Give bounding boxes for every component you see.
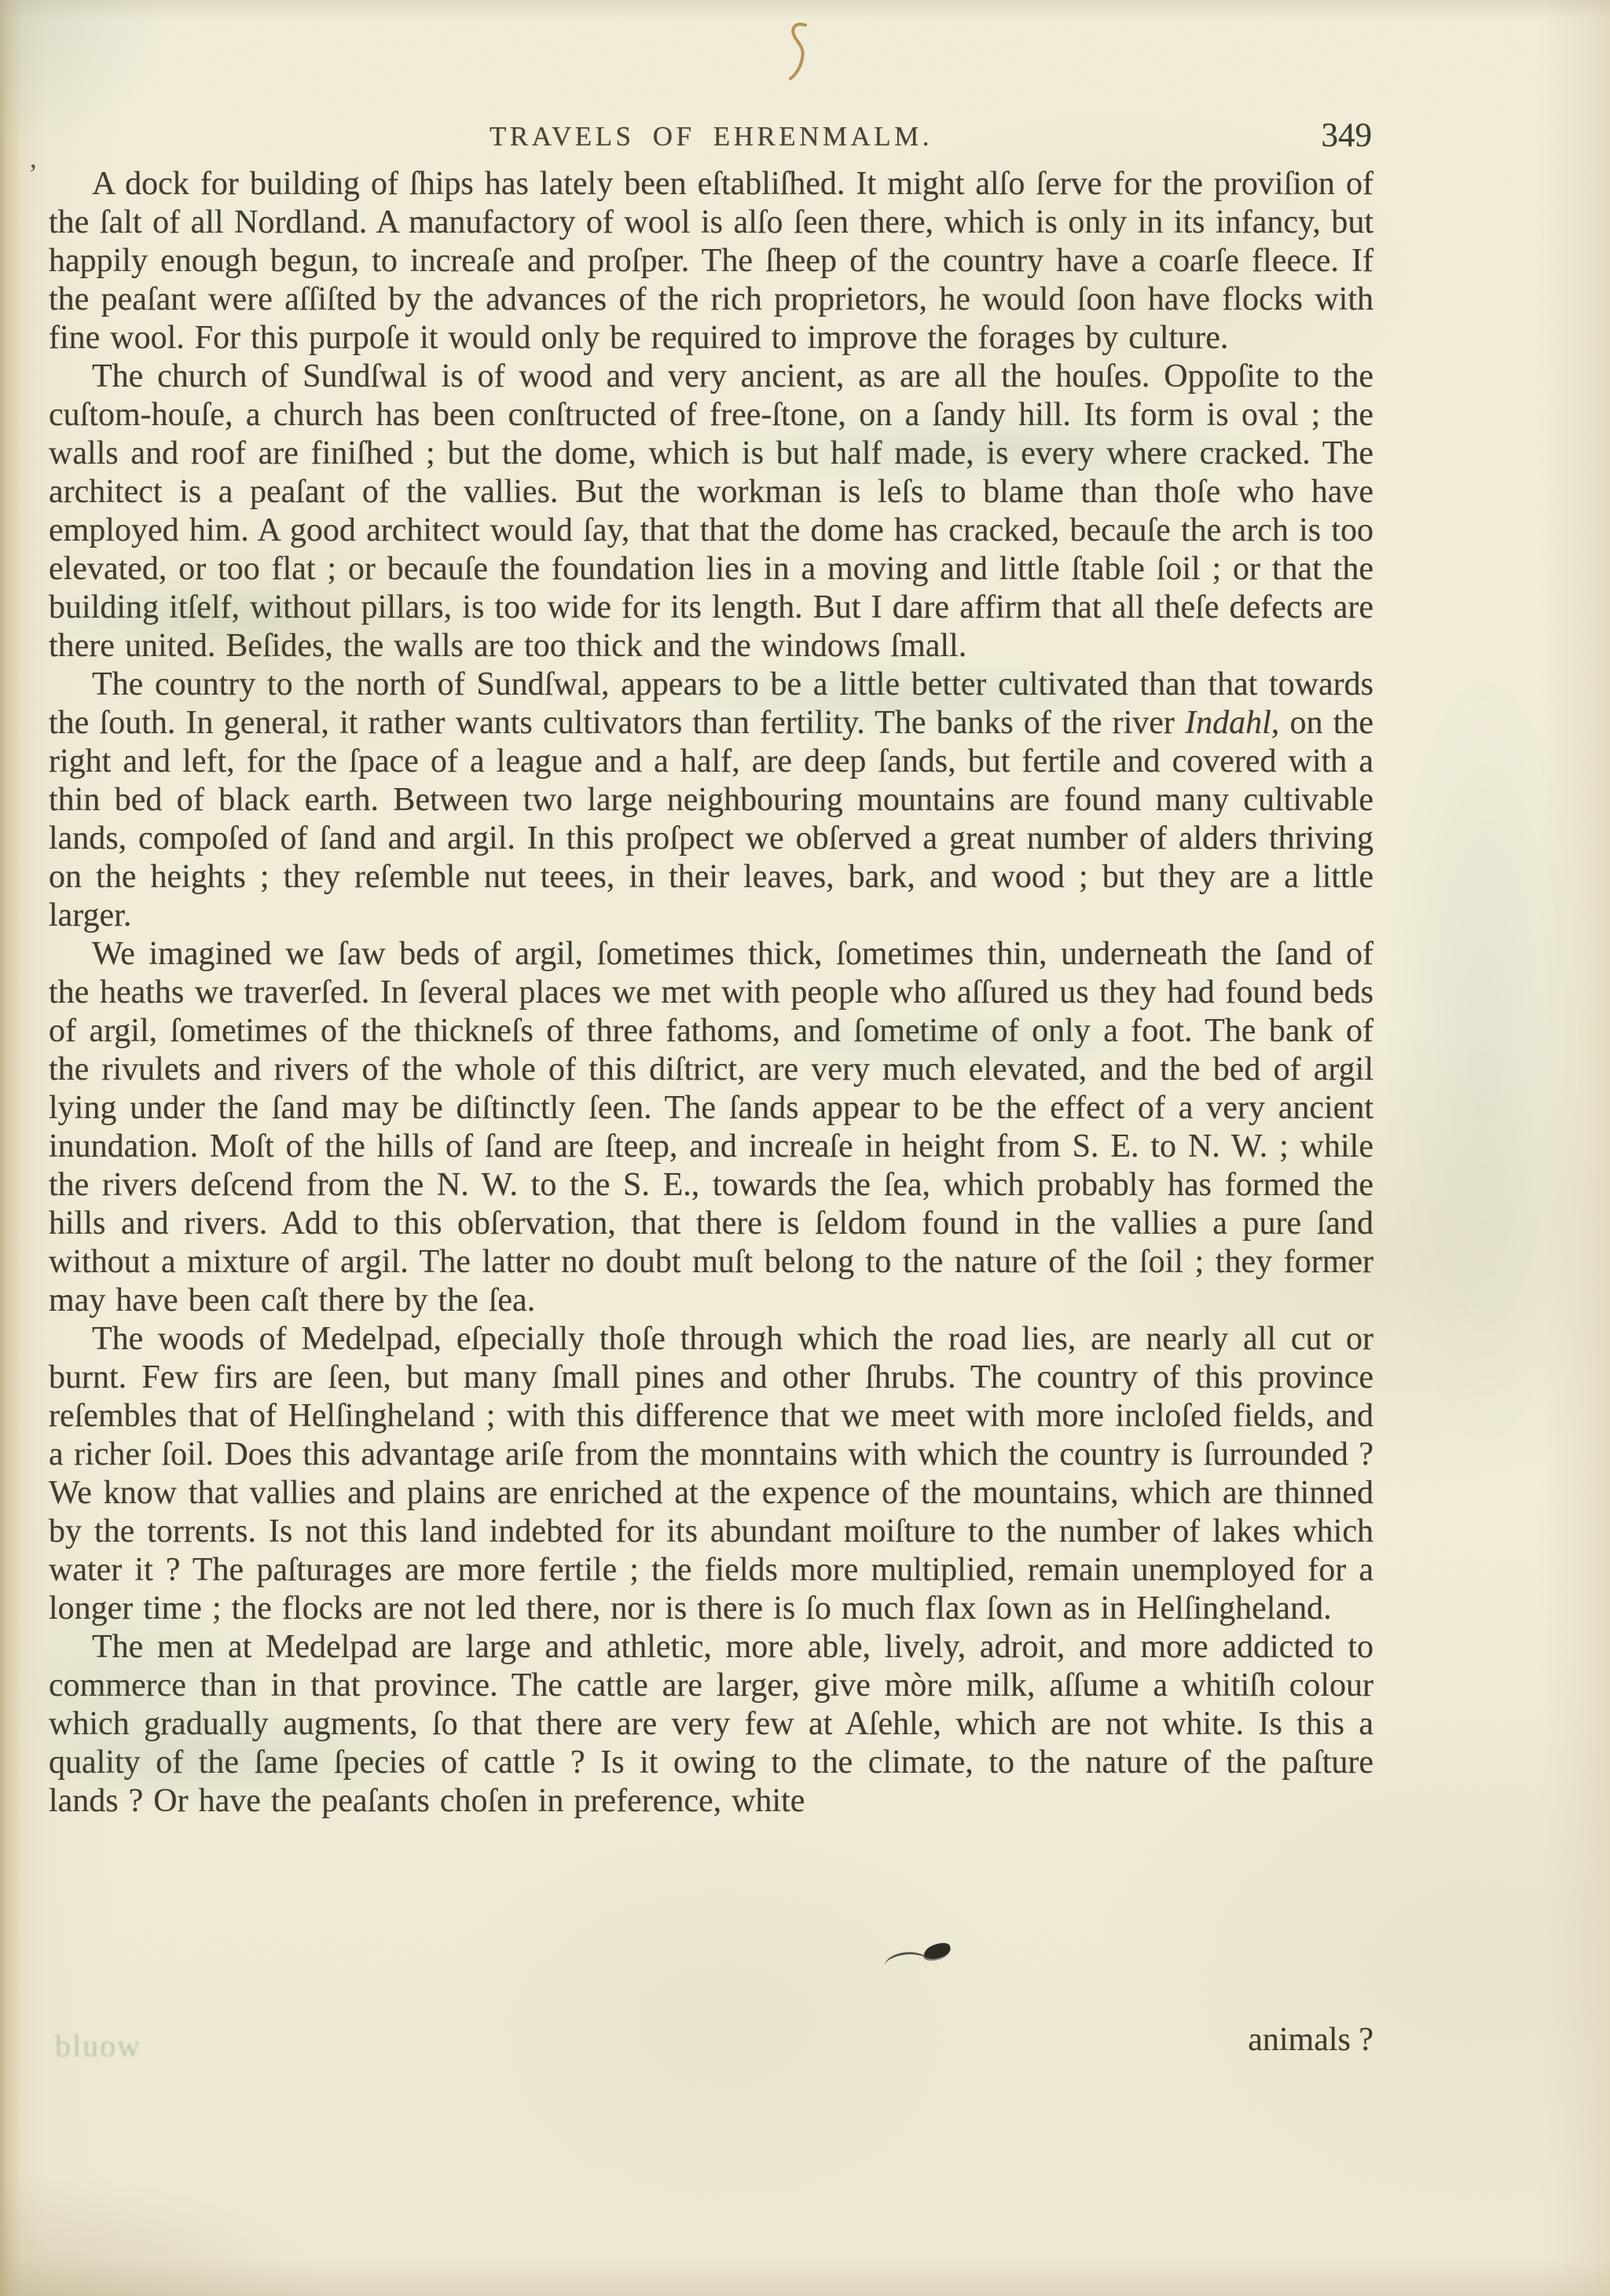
body-text: A dock for building of ſhips has lately …: [49, 165, 1373, 1821]
apostrophe-mark-artifact: ’: [28, 157, 38, 190]
page-header: TRAVELS OF EHRENMALM. 349: [49, 116, 1373, 167]
catchword: animals ?: [1248, 2021, 1373, 2059]
page-right-edge: [1539, 0, 1610, 2296]
ink-squiggle-artifact: [784, 20, 816, 82]
bottom-left-corner-shade: [0, 2170, 330, 2296]
paragraph: The country to the north of Sundſwal, ap…: [49, 666, 1373, 935]
book-page: TRAVELS OF EHRENMALM. 349 A dock for bui…: [0, 0, 1610, 2296]
paragraph: A dock for building of ſhips has lately …: [49, 165, 1373, 358]
page-top-shade: [0, 0, 1610, 20]
paragraph: The men at Medelpad are large and athlet…: [49, 1628, 1373, 1821]
paragraph: The woods of Medelpad, eſpecially thoſe …: [49, 1320, 1373, 1628]
page-number: 349: [1322, 116, 1373, 155]
ink-blot-artifact: [923, 1942, 952, 1961]
paragraph: The church of Sundſwal is of wood and ve…: [49, 358, 1373, 666]
paragraph: We imagined we ſaw beds of argil, ſometi…: [49, 935, 1373, 1320]
show-through-ghost-word: bluow: [55, 2027, 141, 2064]
running-title: TRAVELS OF EHRENMALM.: [49, 121, 1373, 152]
